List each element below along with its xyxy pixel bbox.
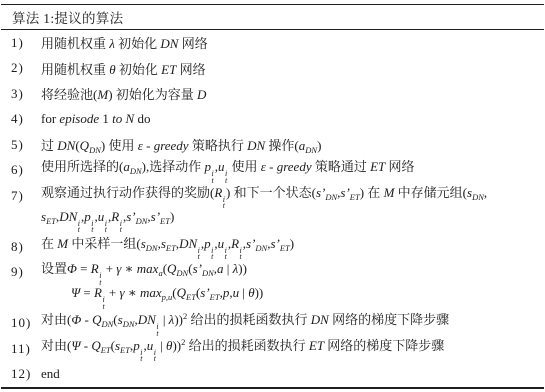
line-number: 4) [0,111,41,127]
line-number: 7) [0,188,41,204]
algorithm-line: 6)使用所选择的(aDN),选择动作 pit,uit 使用 ε - greedy… [0,158,545,184]
stacked-supsub: it [154,350,156,362]
text-segment: ET [161,62,176,77]
line-content: end [41,366,60,382]
text-segment: - [81,312,92,327]
line-content: 用随机权重 θ 初始化 ET 网络 [41,59,206,78]
text-segment: 设置 [41,261,67,276]
text-segment: u [147,338,154,353]
line-content: 观察通过执行动作获得的奖励(Rit) 和下一个状态(s’DN,s’ET) 在 M… [41,183,487,209]
algorithm-body: 1)用随机权重 λ 初始化 DN 网络2)用随机权重 θ 初始化 ET 网络3)… [0,30,545,387]
text-segment: ∗ [125,285,140,300]
text-segment: p [84,209,91,224]
algorithm-line: 7)观察通过执行动作获得的奖励(Rit) 和下一个状态(s’DN,s’ET) 在… [0,183,545,209]
text-segment: Q [167,261,176,276]
text-segment: M [97,87,108,102]
algorithm-line: 12)end [0,362,545,388]
text-segment: ) [170,209,174,224]
bottom-rule [1,387,544,389]
text-segment: DN [255,243,267,253]
text-segment: R [214,185,222,200]
text-segment: 策略执行 [189,138,248,153]
text-segment: R [94,285,102,300]
algorithm-table: 算法 1:提议的算法 1)用随机权重 λ 初始化 DN 网络2)用随机权重 θ … [0,4,545,392]
algorithm-line: 1)用随机权重 λ 初始化 DN 网络 [0,30,545,56]
text-segment: DN [136,216,148,226]
line-content: 设置Φ = Rit + γ ∗ maxa(QDN(s’DN,a | λ)) [41,260,247,286]
text-segment: p,u [162,292,173,302]
text-segment: 使用所选择的( [41,159,123,174]
text-segment: ET [160,216,170,226]
text-segment: end [41,366,60,381]
text-segment: R [111,209,119,224]
text-segment: ET [309,338,324,353]
text-segment: u [98,209,105,224]
text-segment: ET [186,292,196,302]
text-segment: 将经验池( [41,87,97,102]
text-segment: 用随机权重 [41,62,109,77]
text-segment: ),选择动作 [142,159,205,174]
line-content: sET,DNit,pit,uit,Rit,s’DN,s’ET) [41,209,174,234]
line-number: 1) [0,35,41,51]
line-number: 11) [0,341,41,357]
text-segment: DN [59,209,77,224]
text-segment: | [224,261,233,276]
text-segment: | [239,285,248,300]
algorithm-line: 3)将经验池(M) 初始化为容量 D [0,81,545,107]
stacked-supsub: it [156,324,158,336]
text-segment: N [126,111,135,126]
stacked-supsub: it [225,171,227,183]
text-segment: ) 在 [360,185,384,200]
text-segment: to [112,111,122,126]
text-segment: DN [202,268,214,278]
text-segment: s’ [316,185,325,200]
stacked-supsub: it [240,248,242,260]
stacked-supsub: it [120,221,122,234]
line-content: Ψ = Rit + γ ∗ maxp,u(QET(s’ET,p,u | θ)) [71,285,263,310]
text-segment: 对由( [41,312,71,327]
text-segment: ET [101,345,111,355]
text-segment: DN [160,36,178,51]
text-segment: 网络 [385,159,414,174]
text-segment: )) [238,261,247,276]
text-segment: 初始化 [116,62,162,77]
text-segment: DN [138,312,156,327]
text-segment: Ψ [71,285,80,300]
algorithm-line: 10)对由(Φ - QDN(sDN,DNit | λ))2 给出的损耗函数执行 … [0,311,545,337]
text-segment: DN [101,319,113,329]
text-segment: ET [370,159,385,174]
text-segment: DN [311,312,329,327]
stacked-supsub: it [223,197,225,209]
stacked-supsub: it [105,221,107,234]
algorithm-line: 4)for episode 1 to N do [0,107,545,133]
text-segment: ET [280,243,290,253]
text-segment: M [384,185,395,200]
text-segment: ET [350,192,360,202]
text-segment: DN [176,268,188,278]
text-segment: for [41,111,59,126]
text-segment: DN [305,145,317,155]
text-segment: s’ [246,236,255,251]
text-segment: M [57,236,68,251]
text-segment: = [77,261,91,276]
line-number: 5) [0,137,41,153]
text-segment: 对由( [41,338,71,353]
text-segment: Φ [67,261,77,276]
text-segment: s’ [270,236,279,251]
text-segment: 中采样一组( [68,236,141,251]
text-segment: ) [317,138,321,153]
text-segment: R [91,261,99,276]
algorithm-line: Ψ = Rit + γ ∗ maxp,u(QET(s’ET,p,u | θ)) [0,285,545,311]
line-content: 对由(Φ - QDN(sDN,DNit | λ))2 给出的损耗函数执行 DN … [41,311,449,337]
text-segment: 策略通过 [312,159,371,174]
text-segment: 过 [41,138,57,153]
text-segment: 给出的损耗函数执行 [185,338,309,353]
stacked-supsub: it [198,248,200,260]
text-segment: 初始化 [115,36,161,51]
text-segment: D [197,87,206,102]
text-segment: 给出的损耗函数执行 [187,312,311,327]
text-segment: ET [46,216,56,226]
line-content: 使用所选择的(aDN),选择动作 pit,uit 使用 ε - greedy 策… [41,158,415,184]
text-segment: ET [120,345,130,355]
algorithm-line: 8)在 M 中采样一组(sDN,sET,DNit,pit,uit,Rit,s’D… [0,234,545,260]
text-segment: p [204,236,211,251]
line-number: 3) [0,86,41,102]
text-segment: - [266,159,277,174]
text-segment: DN [179,236,197,251]
text-segment: 观察通过执行动作获得的奖励( [41,185,214,200]
line-number: 12) [0,366,41,382]
text-segment: )) [174,312,183,327]
text-segment: Q [80,138,89,153]
text-segment: - [143,138,154,153]
text-segment: | [157,338,166,353]
text-segment: 使用 [228,159,261,174]
stacked-supsub: it [91,221,93,234]
text-segment: ET [210,292,220,302]
text-segment: Q [91,338,100,353]
line-content: 对由(Ψ - QET(sET,pit,uit | θ))2 给出的损耗函数执行 … [41,336,444,362]
text-segment: 中存储元组( [394,185,467,200]
text-segment: Q [177,285,186,300]
text-segment: greedy [277,159,312,174]
text-segment: | [160,312,169,327]
text-segment: + [106,285,120,300]
line-content: 将经验池(M) 初始化为容量 D [41,84,206,103]
stacked-supsub: it [102,297,104,310]
text-segment: DN [472,192,484,202]
text-segment: s’ [126,209,135,224]
text-segment: )) [255,285,264,300]
text-segment: Φ [71,312,81,327]
text-segment: = [80,285,94,300]
text-segment: + [102,261,116,276]
text-segment: 网络 [176,62,205,77]
line-number: 6) [0,162,41,178]
text-segment: p [205,159,212,174]
text-segment: u [218,236,225,251]
text-segment: episode [59,111,99,126]
text-segment: )) [172,338,181,353]
algorithm-line: 2)用随机权重 θ 初始化 ET 网络 [0,56,545,82]
line-number: 10) [0,315,41,331]
stacked-supsub: it [212,171,214,183]
stacked-supsub: it [225,248,227,260]
text-segment: s’ [193,261,202,276]
text-segment: ∗ [121,261,136,276]
line-content: for episode 1 to N do [41,111,150,127]
text-segment: ) [290,236,294,251]
text-segment: s’ [200,285,209,300]
stacked-supsub: it [211,248,213,260]
line-content: 过 DN(QDN) 使用 ε - greedy 策略执行 DN 操作(aDN) [41,135,321,155]
algorithm-line: sET,DNit,pit,uit,Rit,s’DN,s’ET) [0,209,545,235]
text-segment: ET [166,243,176,253]
text-segment: ) 和下一个状态( [226,185,316,200]
stacked-supsub: it [78,221,80,234]
text-segment: DN [57,138,75,153]
algorithm-line: 9)设置Φ = Rit + γ ∗ maxa(QDN(s’DN,a | λ)) [0,260,545,286]
text-segment: 用随机权重 [41,36,109,51]
text-segment: DN [325,192,337,202]
text-segment: s’ [340,185,349,200]
text-segment: 1 [99,111,112,126]
text-segment: 操作( [265,138,299,153]
text-segment: 网络的梯度下降步骤 [329,312,449,327]
text-segment: DN [130,166,142,176]
line-content: 在 M 中采样一组(sDN,sET,DNit,pit,uit,Rit,s’DN,… [41,234,294,260]
text-segment: 网络 [178,36,207,51]
text-segment: greedy [154,138,189,153]
text-segment: max [137,261,159,276]
text-segment: DN [247,138,265,153]
algorithm-title: 算法 1:提议的算法 [0,5,545,29]
line-number: 9) [0,264,41,280]
text-segment: s’ [151,209,160,224]
text-segment: p [133,338,140,353]
text-segment: u [218,159,225,174]
text-segment: - [80,338,91,353]
text-segment: 网络的梯度下降步骤 [324,338,444,353]
text-segment: DN [123,319,135,329]
algorithm-line: 11)对由(Ψ - QET(sET,pit,uit | θ))2 给出的损耗函数… [0,336,545,362]
text-segment: ) 初始化为容量 [108,87,197,102]
algorithm-line: 5)过 DN(QDN) 使用 ε - greedy 策略执行 DN 操作(aDN… [0,132,545,158]
text-segment: R [231,236,239,251]
text-segment: ) 使用 [101,138,138,153]
text-segment: , [484,185,487,200]
text-segment: DN [89,145,101,155]
text-segment: do [134,111,150,126]
line-number: 8) [0,239,41,255]
line-number: 2) [0,60,41,76]
line-content: 用随机权重 λ 初始化 DN 网络 [41,33,208,52]
text-segment: 在 [41,236,57,251]
text-segment: DN [146,243,158,253]
text-segment: max [140,285,162,300]
